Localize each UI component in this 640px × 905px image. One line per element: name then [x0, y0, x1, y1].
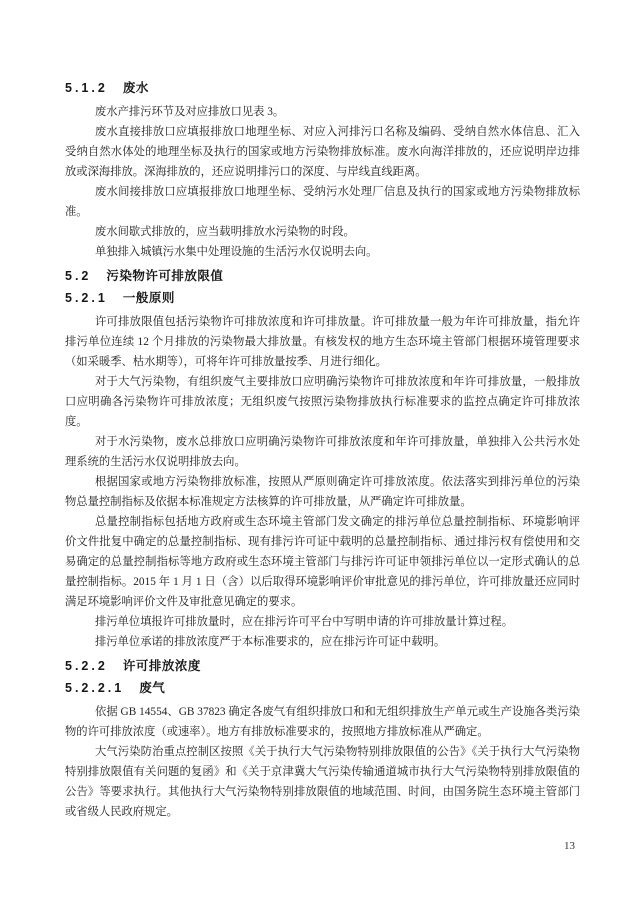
body-paragraph: 总量控制指标包括地方政府或生态环境主管部门发文确定的排污单位总量控制指标、环境影…: [65, 512, 580, 612]
body-paragraph: 大气污染防治重点控制区按照《关于执行大气污染物特别排放限值的公告》《关于执行大气…: [65, 742, 580, 822]
body-paragraph: 对于大气污染物，有组织废气主要排放口应明确污染物许可排放浓度和年许可排放量，一般…: [65, 372, 580, 432]
body-paragraph: 单独排入城镇污水集中处理设施的生活污水仅说明去向。: [65, 242, 580, 262]
section-number: 5.1.2: [65, 81, 108, 95]
section-heading: 5.2.2许可排放浓度: [65, 658, 580, 674]
section-title: 污染物许可排放限值: [106, 269, 223, 283]
section-heading: 5.2.1一般原则: [65, 290, 580, 306]
section-title: 许可排放浓度: [123, 659, 201, 673]
body-paragraph: 许可排放限值包括污染物许可排放浓度和许可排放量。许可排放量一般为年许可排放量，指…: [65, 312, 580, 372]
section-title: 一般原则: [123, 291, 175, 305]
section-heading: 5.1.2废水: [65, 80, 580, 96]
document-content: 5.1.2废水废水产排污环节及对应排放口见表 3。废水直接排放口应填报排放口地理…: [65, 74, 580, 822]
body-paragraph: 对于水污染物，废水总排放口应明确污染物许可排放浓度和年许可排放量，单独排入公共污…: [65, 432, 580, 472]
body-paragraph: 依据 GB 14554、GB 37823 确定各废气有组织排放口和和无组织排放生…: [65, 702, 580, 742]
section-title: 废水: [123, 81, 149, 95]
body-paragraph: 排污单位填报许可排放量时，应在排污许可平台中写明申请的许可排放量计算过程。: [65, 612, 580, 632]
section-number: 5.2.2: [65, 659, 108, 673]
section-title: 废气: [139, 681, 165, 695]
page-number: 13: [564, 839, 575, 853]
body-paragraph: 废水产排污环节及对应排放口见表 3。: [65, 102, 580, 122]
body-paragraph: 废水间歇式排放的，应当载明排放水污染物的时段。: [65, 222, 580, 242]
section-heading: 5.2污染物许可排放限值: [65, 268, 580, 284]
section-number: 5.2.2.1: [65, 681, 124, 695]
body-paragraph: 废水间接排放口应填报排放口地理坐标、受纳污水处理厂信息及执行的国家或地方污染物排…: [65, 182, 580, 222]
body-paragraph: 根据国家或地方污染物排放标准，按照从严原则确定许可排放浓度。依法落实到排污单位的…: [65, 472, 580, 512]
section-heading: 5.2.2.1废气: [65, 680, 580, 696]
body-paragraph: 废水直接排放口应填报排放口地理坐标、对应入河排污口名称及编码、受纳自然水体信息、…: [65, 122, 580, 182]
body-paragraph: 排污单位承诺的排放浓度严于本标准要求的，应在排污许可证中载明。: [65, 632, 580, 652]
section-number: 5.2: [65, 269, 91, 283]
section-number: 5.2.1: [65, 291, 108, 305]
document-page: 5.1.2废水废水产排污环节及对应排放口见表 3。废水直接排放口应填报排放口地理…: [0, 0, 640, 905]
